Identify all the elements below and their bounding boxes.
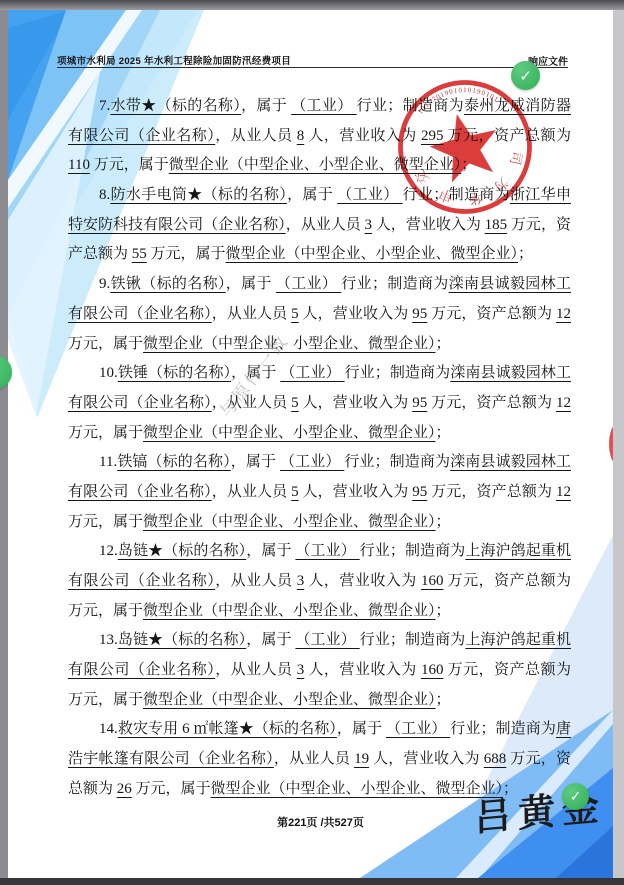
document-line: 万元，属于微型企业（中型企业、小型企业、微型企业）；	[68, 686, 571, 716]
static-text: ；	[436, 603, 451, 619]
static-text: ；	[436, 692, 451, 708]
static-text: ，属于	[241, 98, 291, 114]
underlined-field-text: 微型企业（中型企业、小型企业、微型企业）	[143, 425, 436, 441]
underlined-field-text: 岛链★（标的名称）	[118, 632, 247, 648]
underlined-field-text: 55	[132, 246, 147, 262]
static-text: 万元，属于	[68, 692, 143, 708]
underlined-field-text: 微型企业（中型企业、小型企业、微型企业）	[211, 781, 504, 797]
static-text: ，从业人员	[215, 662, 297, 678]
underlined-field-text: 微型企业（中型企业、小型企业、微型企业）	[143, 603, 436, 619]
underlined-field-text: 12	[556, 306, 571, 322]
static-text: 万元，属于	[68, 514, 143, 530]
static-text: 8.	[99, 187, 110, 203]
document-line: 万元，属于微型企业（中型企业、小型企业、微型企业）；	[68, 597, 571, 627]
check-icon: ✓	[0, 362, 2, 382]
underlined-field-text: 铁镐（标的名称）	[117, 454, 231, 470]
viewer-bottom-edge	[0, 878, 624, 885]
underlined-field-text: 微型企业（中型企业、小型企业、微型企业）	[143, 514, 436, 530]
underlined-field-text: 防水手电筒★（标的名称）	[110, 187, 287, 203]
static-text: 万元，资产总额为	[427, 306, 556, 322]
check-icon: ✓	[570, 789, 582, 805]
static-text: 万元，属于	[68, 336, 143, 352]
static-text: 人，营业收入为	[299, 484, 413, 500]
underlined-field-text: 688	[484, 751, 507, 767]
static-text: ，属于	[231, 454, 280, 470]
underlined-field-text: 95	[412, 395, 427, 411]
static-text: 万元，属于	[68, 603, 143, 619]
static-text: 行业；制造商为	[450, 721, 556, 737]
underlined-field-text: （工业）	[295, 543, 359, 559]
underlined-field-text: 有限公司（企业名称）	[68, 306, 212, 322]
underlined-field-text: （工业）	[337, 187, 402, 203]
document-page: 项城市水利局 2025 年水利工程除险加固防汛经费项目 响应文件 7.水带★（标…	[8, 10, 613, 878]
underlined-field-text: 微型企业（中型企业、小型企业、微型企业）	[143, 692, 436, 708]
underlined-field-text: 160	[421, 573, 444, 589]
document-line: 10.铁锤（标的名称），属于 （工业） 行业；制造商为滦南县诚毅园林工具	[68, 359, 571, 389]
underlined-field-text: 19	[354, 751, 369, 767]
underlined-field-text: （工业）	[276, 276, 341, 292]
document-line: 12.岛链★（标的名称），属于 （工业） 行业；制造商为上海沪鸽起重机械	[68, 537, 571, 567]
static-text: ；	[436, 336, 451, 352]
underlined-field-text: 12	[556, 395, 571, 411]
static-text: ；	[436, 514, 451, 530]
underlined-field-text: 3	[365, 217, 373, 233]
static-text: 7.	[99, 98, 110, 114]
static-text: ；	[518, 246, 533, 262]
underlined-field-text: 有限公司（企业名称）	[68, 128, 215, 144]
underlined-field-text: 救灾专用 6 ㎡帐篷★（标的名称）	[118, 721, 337, 737]
underlined-field-text: 浩宇帐篷有限公司（企业名称）	[68, 751, 274, 767]
static-text: 12.	[99, 543, 118, 559]
seal-star-icon	[424, 106, 506, 186]
static-text: 人，营业收入为	[304, 573, 421, 589]
document-line: 14.救灾专用 6 ㎡帐篷★（标的名称），属于 （工业） 行业；制造商为唐山	[68, 715, 571, 745]
static-text: 行业；制造商为	[344, 454, 450, 470]
document-line: 产总额为 55 万元，属于微型企业（中型企业、小型企业、微型企业）；	[68, 240, 571, 270]
static-text: 14.	[99, 721, 118, 737]
underlined-field-text: 26	[117, 781, 132, 797]
document-line: 有限公司（企业名称），从业人员 5 人，营业收入为 95 万元，资产总额为 12	[68, 389, 571, 419]
static-text: 人，营业收入为	[304, 662, 421, 678]
underlined-field-text: 铁锹（标的名称）	[110, 276, 226, 292]
document-line: 9.铁锹（标的名称），属于 （工业） 行业；制造商为滦南县诚毅园林工具	[68, 270, 571, 300]
document-line: 万元，属于微型企业（中型企业、小型企业、微型企业）；	[68, 508, 571, 538]
static-text: 万元，属于	[68, 425, 143, 441]
underlined-field-text: 5	[291, 484, 299, 500]
underlined-field-text: 有限公司（企业名称）	[68, 573, 215, 589]
underlined-field-text: 有限公司（企业名称）	[68, 395, 212, 411]
underlined-field-text: （工业）	[295, 632, 359, 648]
static-text: 行业；制造商为	[345, 365, 451, 381]
check-icon: ✓	[519, 67, 532, 85]
document-line: 万元，属于微型企业（中型企业、小型企业、微型企业）；	[68, 330, 571, 360]
underlined-field-text: （工业）	[280, 365, 344, 381]
static-text: 万元，资产总额为	[443, 662, 571, 678]
underlined-field-text: （工业）	[291, 98, 356, 114]
underlined-field-text: 185	[485, 217, 508, 233]
static-text: ，从业人员	[212, 306, 291, 322]
static-text: 万元，属于	[132, 781, 211, 797]
static-text: ，属于	[337, 721, 386, 737]
static-text: 总额为	[68, 781, 117, 797]
static-text: ，从业人员	[215, 128, 297, 144]
underlined-field-text: 5	[291, 395, 299, 411]
static-text: ，从业人员	[274, 751, 354, 767]
document-line: 有限公司（企业名称），从业人员 3 人，营业收入为 160 万元，资产总额为 2…	[68, 656, 571, 686]
underlined-field-text: 95	[412, 484, 427, 500]
viewer-canvas: { "header": { "project_title": "项城市水利局 2…	[0, 0, 624, 885]
document-line: 11.铁镐（标的名称），属于 （工业） 行业；制造商为滦南县诚毅园林工具	[68, 448, 571, 478]
underlined-field-text: 微型企业（中型企业、小型企业、微型企业）	[226, 246, 519, 262]
underlined-field-text: 有限公司（企业名称）	[68, 662, 215, 678]
static-text: 行业；制造商为	[360, 543, 466, 559]
viewer-right-margin	[613, 0, 624, 885]
static-text: ，属于	[246, 632, 295, 648]
underlined-field-text: 特安防科技有限公司（企业名称）	[68, 217, 286, 233]
underlined-field-text: 95	[412, 306, 427, 322]
static-text: 万元，属于	[90, 157, 169, 173]
verified-check-badge-signature[interactable]: ✓	[562, 783, 589, 810]
static-text: 万元，资产总额为	[427, 395, 556, 411]
underlined-field-text: 5	[291, 306, 299, 322]
document-line: 万元，属于微型企业（中型企业、小型企业、微型企业）；	[68, 419, 571, 449]
static-text: 人，营业收入为	[299, 306, 413, 322]
static-text: 10.	[99, 365, 118, 381]
static-text: 万元，资	[507, 217, 571, 233]
static-text: ；	[436, 425, 451, 441]
underlined-field-text: 160	[421, 662, 444, 678]
static-text: ，从业人员	[286, 217, 365, 233]
static-text: ，从业人员	[215, 573, 297, 589]
document-line: 有限公司（企业名称），从业人员 5 人，营业收入为 95 万元，资产总额为 12	[68, 300, 571, 330]
underlined-field-text: 12	[556, 484, 571, 500]
verified-check-badge-top[interactable]: ✓	[511, 61, 540, 90]
document-line: 浩宇帐篷有限公司（企业名称），从业人员 19 人，营业收入为 688 万元，资产	[68, 745, 571, 775]
static-text: 13.	[99, 632, 118, 648]
underlined-field-text: 岛链★（标的名称）	[118, 543, 247, 559]
static-text: 万元，属于	[147, 246, 226, 262]
static-text: 人，营业收入为	[299, 395, 413, 411]
underlined-field-text: 有限公司（企业名称）	[68, 484, 212, 500]
static-text: ，从业人员	[212, 484, 291, 500]
page-number-indicator: 第221页 /共527页	[248, 814, 393, 830]
header-project-title: 项城市水利局 2025 年水利工程除险加固防汛经费项目	[57, 53, 291, 67]
static-text: 万元，资产总额为	[443, 573, 571, 589]
underlined-field-text: （工业）	[280, 454, 344, 470]
underlined-field-text: 水带★（标的名称）	[110, 98, 241, 114]
static-text: 人，营业收入为	[369, 751, 484, 767]
viewer-top-edge	[0, 0, 624, 10]
document-line: 有限公司（企业名称），从业人员 5 人，营业收入为 95 万元，资产总额为 12	[68, 478, 571, 508]
static-text: 11.	[99, 454, 117, 470]
document-line: 13.岛链★（标的名称），属于 （工业） 行业；制造商为上海沪鸽起重机械	[68, 626, 571, 656]
static-text: ，属于	[246, 543, 295, 559]
document-line: 有限公司（企业名称），从业人员 3 人，营业收入为 160 万元，资产总额为 2…	[68, 567, 571, 597]
static-text: ，属于	[287, 187, 337, 203]
static-text: 万元，资产总额为	[427, 484, 556, 500]
underlined-field-text: 铁锤（标的名称）	[118, 365, 231, 381]
underlined-field-text: 110	[68, 157, 90, 173]
static-text: 行业；制造商为	[360, 632, 466, 648]
static-text: ，属于	[226, 276, 276, 292]
static-text: 行业；制造商为	[341, 276, 448, 292]
static-text: 产总额为	[68, 246, 132, 262]
underlined-field-text: （工业）	[386, 721, 450, 737]
static-text: 9.	[99, 276, 110, 292]
